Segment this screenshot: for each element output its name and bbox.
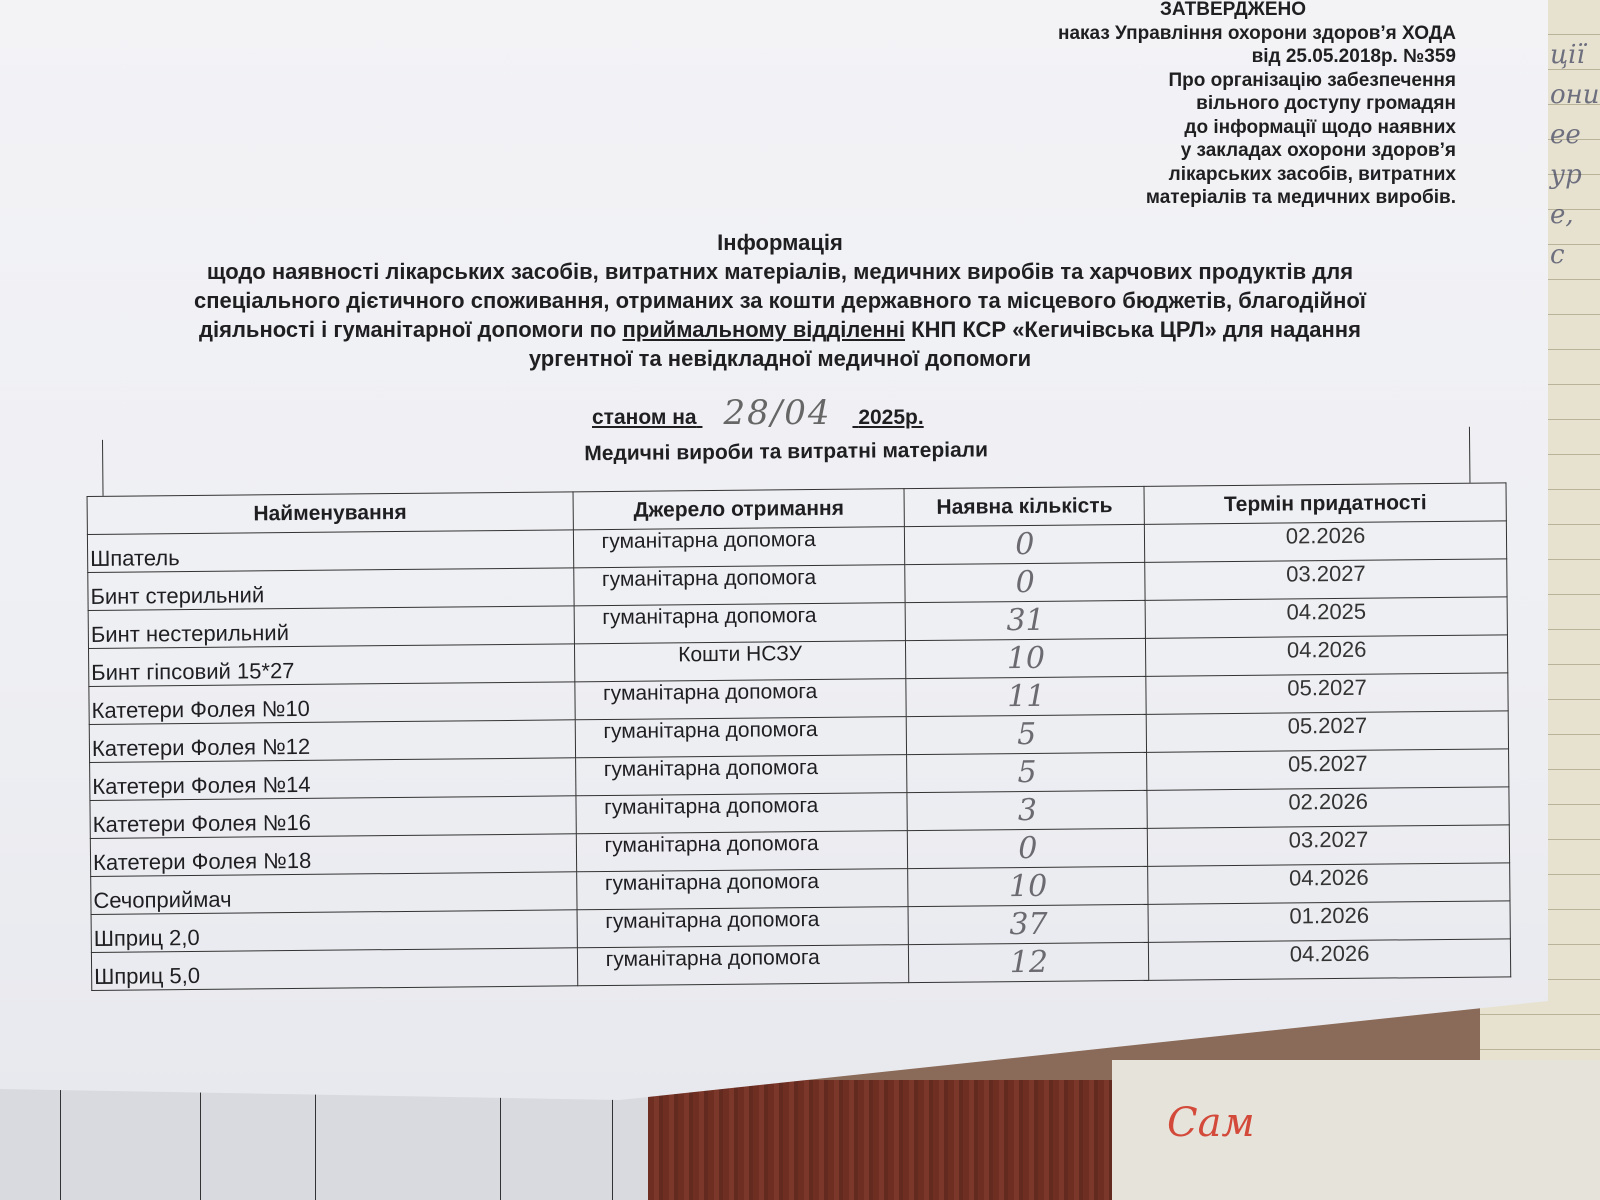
document-subtitle-line: щодо наявності лікарських засобів, витра… <box>50 257 1510 286</box>
source-cell: гуманітарна допомога <box>576 831 908 872</box>
quantity-cell: 0 <box>905 562 1145 602</box>
expiry-cell: 02.2026 <box>1145 521 1507 562</box>
source-cell: гуманітарна допомога <box>573 527 905 568</box>
handwriting-fragment: е, <box>1550 200 1574 230</box>
document-subtitle-line: спеціального дієтичного споживання, отри… <box>50 286 1510 315</box>
background-wood-surface <box>648 1080 1114 1200</box>
item-name-cell: Шприц 5,0 <box>91 948 577 991</box>
quantity-cell: 0 <box>908 828 1148 868</box>
expiry-cell: 04.2026 <box>1146 635 1508 676</box>
handwriting-fragment: ції <box>1550 40 1585 70</box>
handwriting-fragment: ур <box>1550 160 1582 190</box>
item-name-cell: Катетери Фолея №14 <box>90 758 576 801</box>
red-handwriting: Сам <box>1167 1100 1255 1146</box>
as-of-label: станом на <box>592 406 697 429</box>
expiry-cell: 02.2026 <box>1147 787 1509 828</box>
expiry-cell: 04.2025 <box>1145 597 1507 638</box>
expiry-cell: 03.2027 <box>1148 825 1510 866</box>
approval-line: у закладах охорони здоров’я <box>936 139 1456 163</box>
approval-line: лікарських засобів, витратних <box>936 163 1456 187</box>
expiry-cell: 05.2027 <box>1147 749 1509 790</box>
item-name-cell: Катетери Фолея №12 <box>89 720 575 763</box>
source-cell: гуманітарна допомога <box>577 945 909 986</box>
inventory-table-container: Медичні вироби та витратні матеріали Най… <box>86 426 1511 991</box>
approval-stamp-block: ЗАТВЕРДЖЕНО наказ Управління охорони здо… <box>936 0 1456 210</box>
quantity-cell: 11 <box>906 676 1146 716</box>
column-header-source: Джерело отримання <box>573 489 905 530</box>
source-cell: гуманітарна допомога <box>576 869 908 910</box>
column-header-expiry: Термін придатності <box>1144 483 1506 524</box>
approval-line: від 25.05.2018р. №359 <box>936 45 1456 69</box>
quantity-cell: 10 <box>906 638 1146 678</box>
handwriting-fragment: ее <box>1550 120 1581 150</box>
quantity-cell: 10 <box>908 866 1148 906</box>
quantity-cell: 37 <box>908 904 1148 944</box>
quantity-cell: 5 <box>907 752 1147 792</box>
document-subtitle-line: ургентної та невідкладної медичної допом… <box>50 344 1510 373</box>
source-cell: гуманітарна допомога <box>574 679 906 720</box>
quantity-cell: 3 <box>907 790 1147 830</box>
as-of-year: 2025р. <box>858 406 923 429</box>
quantity-cell: 12 <box>909 942 1149 982</box>
source-cell: гуманітарна допомога <box>573 565 905 606</box>
approval-line: наказ Управління охорони здоров’я ХОДА <box>936 22 1456 46</box>
department-name: приймальному відділенні <box>622 317 905 342</box>
expiry-cell: 05.2027 <box>1146 673 1508 714</box>
column-header-quantity: Наявна кількість <box>904 486 1144 526</box>
item-name-cell: Катетери Фолея №10 <box>89 682 575 725</box>
source-cell: гуманітарна допомога <box>574 603 906 644</box>
column-header-name: Найменування <box>87 492 573 535</box>
source-cell: Кошти НСЗУ <box>574 641 906 682</box>
item-name-cell: Шпатель <box>87 530 573 573</box>
item-name-cell: Бинт нестерильний <box>88 606 574 649</box>
approval-line: Про організацію забезпечення <box>936 69 1456 93</box>
handwritten-date: 28/04 <box>702 393 852 433</box>
approval-line: до інформації щодо наявних <box>936 116 1456 140</box>
subtitle-text: діяльності і гуманітарної допомоги по <box>199 317 622 342</box>
item-name-cell: Шприц 2,0 <box>91 910 577 953</box>
item-name-cell: Бинт стерильний <box>88 568 574 611</box>
quantity-cell: 5 <box>907 714 1147 754</box>
item-name-cell: Сечоприймач <box>91 872 577 915</box>
document-sheet: ЗАТВЕРДЖЕНО наказ Управління охорони здо… <box>0 0 1548 1100</box>
expiry-cell: 04.2026 <box>1148 863 1510 904</box>
handwriting-fragment: с <box>1550 240 1565 270</box>
document-title-block: Інформація щодо наявності лікарських зас… <box>50 228 1510 373</box>
item-name-cell: Катетери Фолея №16 <box>90 796 576 839</box>
handwriting-fragment: они <box>1550 80 1600 110</box>
document-title: Інформація <box>50 228 1510 257</box>
approval-heading: ЗАТВЕРДЖЕНО <box>936 0 1456 22</box>
item-name-cell: Бинт гіпсовий 15*27 <box>89 644 575 687</box>
item-name-cell: Катетери Фолея №18 <box>90 834 576 877</box>
expiry-cell: 01.2026 <box>1148 901 1510 942</box>
inventory-table: Найменування Джерело отримання Наявна кі… <box>87 482 1512 991</box>
expiry-cell: 05.2027 <box>1146 711 1508 752</box>
background-paper: Сам <box>1112 1060 1600 1200</box>
quantity-cell: 31 <box>906 600 1146 640</box>
expiry-cell: 03.2027 <box>1145 559 1507 600</box>
expiry-cell: 04.2026 <box>1149 939 1511 980</box>
document-subtitle-line: діяльності і гуманітарної допомоги по пр… <box>50 315 1510 344</box>
quantity-cell: 0 <box>905 524 1145 564</box>
source-cell: гуманітарна допомога <box>577 907 909 948</box>
approval-line: вільного доступу громадян <box>936 92 1456 116</box>
source-cell: гуманітарна допомога <box>576 793 908 834</box>
subtitle-text: КНП КСР «Кегичівська ЦРЛ» для надання <box>905 317 1361 342</box>
approval-line: матеріалів та медичних виробів. <box>936 186 1456 210</box>
as-of-date: станом на 28/04 2025р. <box>592 393 924 433</box>
source-cell: гуманітарна допомога <box>575 755 907 796</box>
source-cell: гуманітарна допомога <box>575 717 907 758</box>
